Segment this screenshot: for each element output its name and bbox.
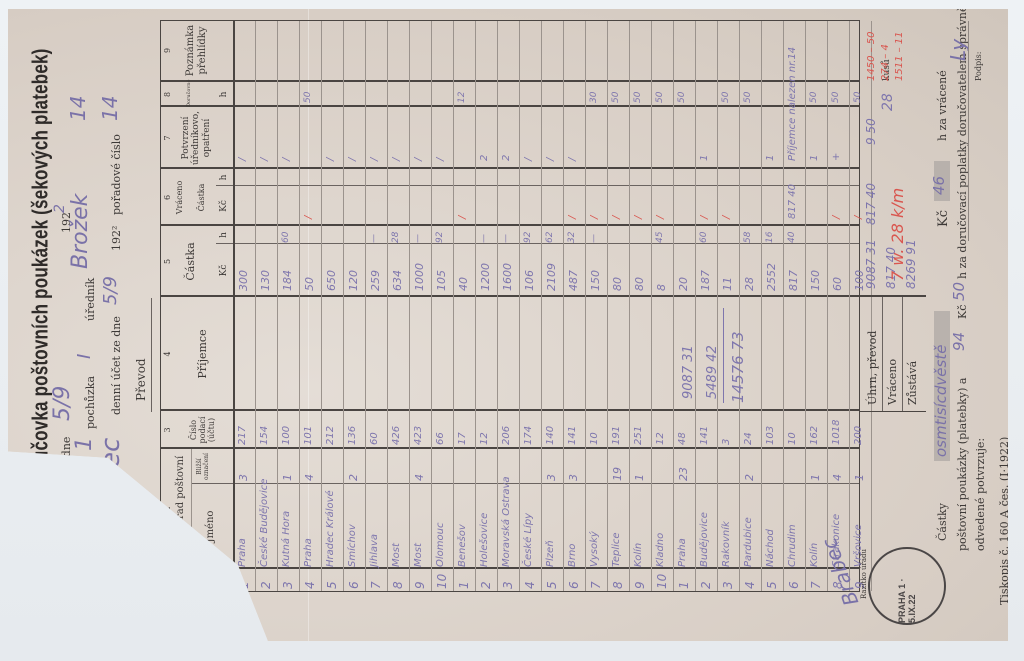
cell-poradi: 4 — [303, 581, 317, 589]
cell-poradi: 5 — [765, 581, 779, 589]
red-note-2: 274 – 4 — [880, 44, 891, 81]
cell-cislo: 10 — [589, 432, 600, 445]
cell-jmeno: Praha — [303, 538, 314, 567]
cell-cislo: 24 — [743, 432, 754, 445]
cell-castka-kc: 11 — [721, 277, 734, 291]
cell-cislo: 3 — [721, 439, 732, 445]
col-5-number: 5 — [163, 226, 172, 297]
cell-potvrzeni: 2 — [479, 155, 490, 161]
cell-poradi: 9 — [633, 581, 647, 589]
col-header-castka-h: h — [219, 226, 229, 244]
cell-jmeno: Kolín — [633, 543, 644, 567]
cell-jmeno: Holešovice — [479, 513, 490, 567]
cell-potvrzeni: / — [325, 158, 336, 161]
cell-poradi: 3 — [501, 581, 515, 589]
cell-castka-kc: 187 — [699, 270, 712, 291]
kc-value-2: 50 — [950, 282, 968, 301]
red-total-note: 7 w. 28 k/m — [888, 188, 907, 281]
kc-value-1: 46 — [930, 176, 948, 195]
cell-jmeno: Brno — [567, 544, 578, 567]
col-header-jmeno: Jméno — [205, 484, 217, 569]
cell-cislo: 103 — [765, 426, 776, 445]
castky-label: Částky — [936, 503, 949, 541]
stamp-area-box — [38, 559, 108, 621]
cell-castka-h: 62 — [545, 232, 555, 243]
cell-vraceno: / — [633, 216, 644, 219]
cell-potvrzeni: / — [545, 158, 556, 161]
table-row: 1Praha23482050 — [674, 21, 696, 591]
cell-castka-kc: 80 — [633, 277, 646, 291]
cell-poradi: 2 — [259, 581, 273, 589]
ze-dne-value: 5/9 — [50, 386, 75, 421]
table-row: 9Most44231000—/ — [410, 21, 432, 591]
cell-jmeno: Most — [391, 543, 402, 567]
table-row: 4České Lípy17410692/ — [520, 21, 542, 591]
cell-cislo: 66 — [435, 432, 446, 445]
cell-poradi: 6 — [347, 581, 361, 589]
poradove-cislo-value: 14 — [98, 96, 122, 121]
table-row: 6Chrudim1081740817 40Příjemce nalezen nr… — [784, 21, 806, 591]
table-row: 5Hradec Králové212650/ — [322, 21, 344, 591]
table-row: 3Rakovník311/50 — [718, 21, 740, 591]
uhrn-prevod-value: 9087 31 — [864, 239, 878, 289]
cell-poradi: 7 — [589, 581, 603, 589]
uhrn-prevod-label: Úhrn, převod — [866, 331, 879, 405]
cell-cislo: 251 — [633, 426, 644, 445]
cell-potvrzeni: / — [523, 158, 534, 161]
cell-cislo: 141 — [567, 426, 578, 445]
cell-dorucovne: 30 — [589, 92, 599, 103]
cell-poradi: 10 — [655, 574, 669, 589]
cell-castka-kc: 817 — [787, 270, 800, 291]
col-header-dorucovne-h: h — [219, 82, 229, 107]
col-header-blizsi-oznaceni: Bližší označení — [197, 449, 211, 484]
col-header-castka-kc: Kč — [219, 244, 229, 297]
poradove-cislo-label: pořadové číslo — [110, 134, 123, 215]
cell-potvrzeni: / — [281, 158, 292, 161]
col-1-number: 1 — [163, 569, 172, 591]
cell-blizsi: 1 — [853, 474, 866, 481]
cell-castka-kc: 28 — [743, 277, 756, 291]
postovni-poukazky-label: poštovní poukázky (platebky) a — [956, 378, 969, 551]
cell-cislo: 217 — [237, 426, 248, 445]
cell-castka-h: 40 — [787, 232, 797, 243]
cell-castka-kc: 2109 — [545, 263, 558, 291]
cell-dorucovne: 50 — [655, 92, 665, 103]
table-row: 4Pardubice224285850 — [740, 21, 762, 591]
cell-potvrzeni: / — [413, 158, 424, 161]
table-row: 1Praha3217300/ — [234, 21, 256, 591]
cell-castka-h: 45 — [655, 232, 665, 243]
prijemce-sum-line — [723, 308, 724, 403]
za-vracene-label: h za vrácené — [936, 70, 949, 141]
cell-dorucovne: 50 — [633, 92, 643, 103]
table-row: 2Holešovice121200—2 — [476, 21, 498, 591]
prevod-line — [151, 298, 152, 412]
cell-blizsi: 1 — [633, 474, 646, 481]
document-rotated: Doručovka poštovních poukázek (šekových … — [0, 0, 1024, 661]
cell-cislo: 60 — [369, 432, 380, 445]
table-row: 9Kolín125180/50 — [630, 21, 652, 591]
cell-potvrzeni: / — [259, 158, 270, 161]
postmark-stamp: PRAHA 1 · 5.IX.22 — [868, 547, 946, 625]
prijemce-sum-1: 9087 31 — [681, 345, 696, 399]
cell-dorucovne: 50 — [677, 92, 687, 103]
cell-jmeno: Benešov — [457, 524, 468, 567]
cell-castka-kc: 120 — [347, 270, 360, 291]
cell-castka-kc: 650 — [325, 270, 338, 291]
cell-castka-kc: 150 — [589, 270, 602, 291]
col-header-potvrzeni: Potvrzení úředníkovo, opatření — [181, 107, 212, 169]
cell-cislo: 100 — [281, 426, 292, 445]
cell-castka-h: 92 — [435, 232, 445, 243]
cell-cislo: 140 — [545, 426, 556, 445]
cell-cislo: 423 — [413, 426, 424, 445]
cell-cislo: 12 — [479, 432, 490, 445]
cell-dorucovne: 50 — [743, 92, 753, 103]
cell-castka-kc: 1000 — [413, 263, 426, 291]
cell-poradi: 5 — [325, 581, 339, 589]
cell-castka-kc: 184 — [281, 270, 294, 291]
cell-castka-kc: 1200 — [479, 263, 492, 291]
cell-castka-h: 60 — [281, 232, 291, 243]
cell-jmeno: Vysoký — [589, 531, 600, 567]
cell-blizsi: 1 — [281, 474, 294, 481]
cell-poradi: 3 — [281, 581, 295, 589]
col-6-number: 6 — [163, 169, 172, 226]
cell-potvrzeni: 1 — [699, 155, 710, 161]
table-row: 2České Budějovice154130/ — [256, 21, 278, 591]
prijemce-sum-2: 5489 42 — [705, 345, 720, 399]
col-8-number: 8 — [163, 82, 172, 107]
cell-castka-h: 60 — [699, 232, 709, 243]
cell-castka-kc: 1600 — [501, 263, 514, 291]
cell-jmeno: Praha — [677, 538, 688, 567]
denni-ucet-label: denní účet ze dne — [110, 316, 123, 415]
cell-castka-kc: 106 — [523, 270, 536, 291]
cell-dorucovne: 50 — [831, 92, 841, 103]
cell-vraceno: / — [567, 216, 578, 219]
table-row: 10Kladno12845/50 — [652, 21, 674, 591]
cell-jmeno: Pardubice — [743, 517, 754, 567]
table-row: 4Praha410150/50 — [300, 21, 322, 591]
cell-cislo: 206 — [501, 426, 512, 445]
table-row: 6Smíchov2136120/ — [344, 21, 366, 591]
cell-jmeno: České Budějovice — [259, 479, 270, 567]
cell-vraceno: / — [611, 216, 622, 219]
col-header-vraceno-castka: Částka — [197, 169, 206, 226]
cell-castka-h: 32 — [567, 232, 577, 243]
cell-poradi: 1 — [457, 581, 471, 589]
cell-cislo: 12 — [655, 432, 666, 445]
cell-poradi: 2 — [479, 581, 493, 589]
cell-cislo: 141 — [699, 426, 710, 445]
col-header-poradove-cislo: Pořadové číslo — [177, 569, 193, 591]
table-row: 1Benešov1740/12 — [454, 21, 476, 591]
vraceno-column-total: 817 40 — [864, 183, 878, 225]
urednik-number: 14 — [66, 96, 90, 121]
delivery-table: 1 Pořadové číslo 2 Podací úřad poštovní … — [160, 20, 860, 592]
cell-castka-kc: 259 — [369, 270, 382, 291]
cell-castka-kc: 300 — [237, 270, 250, 291]
dorucovne-total: 9 50 — [864, 118, 878, 145]
cell-blizsi: 3 — [237, 474, 250, 481]
podpis-label: Podpis: — [974, 52, 983, 81]
cell-potvrzeni: Příjemce nalezen nr.14 — [787, 87, 798, 161]
table-row: 7Jihlava60259—/ — [366, 21, 388, 591]
dorucovatel-label: Doručovatel — [110, 523, 123, 591]
cell-vraceno: / — [721, 216, 732, 219]
cell-cislo: 154 — [259, 426, 270, 445]
year-value: 2 — [52, 204, 68, 213]
table-row: 10Olomouc6610592/ — [432, 21, 454, 591]
cell-castka-kc: 2552 — [765, 263, 778, 291]
cell-potvrzeni: 1 — [809, 155, 820, 161]
col-7-number: 7 — [163, 107, 172, 169]
cell-poradi: 4 — [743, 581, 757, 589]
cell-poradi: 1 — [237, 581, 251, 589]
platebky-value: 94 — [950, 332, 968, 351]
cell-blizsi: 4 — [831, 474, 844, 481]
col-header-cislo-podaci: Číslo podací (účtu) — [189, 411, 217, 449]
cell-blizsi: 2 — [347, 474, 360, 481]
cell-cislo: 200 — [853, 426, 864, 445]
col-header-podaci-urad: Podací úřad poštovní — [175, 449, 187, 569]
red-note-1: 1450 – 50 — [866, 31, 877, 81]
cell-potvrzeni: 1 — [765, 155, 776, 161]
cell-castka-kc: 130 — [259, 270, 272, 291]
cell-poradi: 1 — [677, 581, 691, 589]
cell-dorucovne: 50 — [303, 92, 313, 103]
cell-castka-kc: 20 — [677, 277, 690, 291]
cell-poradi: 9 — [413, 581, 427, 589]
cell-poradi: 4 — [523, 581, 537, 589]
cell-jmeno: Rakovník — [721, 521, 732, 567]
cell-jmeno: Olomouc — [435, 523, 446, 567]
cell-cislo: 1018 — [831, 420, 842, 445]
col-header-vraceno-kc: Kč — [219, 186, 229, 226]
col-3-number: 3 — [163, 411, 172, 449]
cell-vraceno: / — [831, 216, 842, 219]
cell-jmeno: Budějovice — [699, 512, 710, 567]
col-header-vraceno: Vráceno — [175, 169, 184, 226]
cell-castka-kc: 60 — [831, 277, 844, 291]
cell-vraceno: / — [699, 216, 710, 219]
cell-cislo: 10 — [787, 432, 798, 445]
cell-blizsi: 4 — [413, 474, 426, 481]
table-row: 5Plzeň3140210962/ — [542, 21, 564, 591]
cell-blizsi: 1 — [809, 474, 822, 481]
vraceno-label: Vráceno — [886, 359, 899, 405]
dorucovaci-okres-value: 1 — [72, 437, 97, 451]
table-body: 1Praha3217300/2České Budějovice154130/3K… — [234, 21, 859, 591]
cell-poradi: 7 — [369, 581, 383, 589]
table-row: 8Teplice1919180/50 — [608, 21, 630, 591]
cell-jmeno: České Lípy — [523, 513, 534, 567]
razitko-label: Razítko úřadu — [860, 549, 868, 599]
cell-castka-h: — — [501, 234, 511, 243]
cell-blizsi: 3 — [545, 474, 558, 481]
prijemce-sum-total: 14576 73 — [729, 331, 747, 403]
cell-dorucovne: 50 — [611, 92, 621, 103]
cell-jmeno: Náchod — [765, 529, 776, 567]
table-row: 8Strakonice4101860/+50 — [828, 21, 850, 591]
cell-castka-kc: 634 — [391, 270, 404, 291]
cell-cislo: 17 — [457, 432, 468, 445]
cell-poradi: 5 — [545, 581, 559, 589]
cell-dorucovne: 50 — [721, 92, 731, 103]
kusu-value: 28 — [880, 93, 896, 111]
postmark-stamp-top: ✶ — [4, 597, 68, 661]
urednik-label: úředník — [84, 278, 97, 321]
cell-poradi: 8 — [611, 581, 625, 589]
table-row: 2Budějovice14118760/1 — [696, 21, 718, 591]
cell-castka-kc: 80 — [611, 277, 624, 291]
cell-cislo: 136 — [347, 426, 358, 445]
cell-potvrzeni: / — [347, 158, 358, 161]
kc-label-1: Kč — [936, 210, 951, 227]
cell-jmeno: Teplice — [611, 532, 622, 567]
form-number: Tiskopis č. 160 A čes. (I·1922) — [998, 437, 1011, 605]
odvedene-potvrzuje-label: odvedené potvrzuje: — [974, 438, 987, 551]
cell-potvrzeni: 2 — [501, 155, 512, 161]
denni-ucet-year: 192² — [110, 226, 123, 251]
cell-castka-h: 16 — [765, 232, 775, 243]
cell-poradi: 3 — [721, 581, 735, 589]
col-2-number: 2 — [163, 449, 172, 569]
cell-blizsi: 19 — [611, 467, 624, 481]
cell-blizsi: 2 — [743, 474, 756, 481]
cell-jmeno: Kladno — [655, 533, 666, 567]
cell-castka-h: 92 — [523, 232, 533, 243]
cell-jmeno: Chrudim — [787, 524, 798, 567]
table-row: 7Kolín1162150150 — [806, 21, 828, 591]
cell-jmeno: Plzeň — [545, 540, 556, 567]
cell-jmeno: Smíchov — [347, 524, 358, 567]
cell-poradi: 7 — [809, 581, 823, 589]
cell-castka-kc: 150 — [809, 270, 822, 291]
cell-vraceno: / — [303, 216, 314, 219]
dorucovatel-value: Brabec — [96, 438, 126, 529]
urednik-value: Brožek — [68, 194, 93, 269]
cell-jmeno: Hradec Králové — [325, 490, 336, 567]
col-header-vraceno-h: h — [219, 169, 229, 186]
cell-potvrzeni: / — [391, 158, 402, 161]
cell-cislo: 212 — [325, 426, 336, 445]
pochuzka-value: I — [74, 354, 95, 359]
col-header-castka: Částka — [185, 226, 198, 297]
denni-ucet-value: 5/9 — [100, 276, 121, 305]
zustava-label: Zůstává — [906, 361, 919, 405]
cell-castka-h: — — [413, 234, 423, 243]
red-note-3: 1511 – 11 — [894, 31, 905, 81]
cell-potvrzeni: / — [435, 158, 446, 161]
cell-castka-h: — — [369, 234, 379, 243]
cell-vraceno: / — [457, 216, 468, 219]
cell-blizsi: 3 — [567, 474, 580, 481]
cell-castka-h: — — [589, 234, 599, 243]
col-9-number: 9 — [163, 19, 172, 82]
cell-jmeno: Jihlava — [369, 534, 380, 567]
cell-cislo: 162 — [809, 426, 820, 445]
cell-potvrzeni: + — [831, 153, 842, 161]
postal-form-paper: Doručovka poštovních poukázek (šekových … — [8, 9, 1008, 641]
table-row: 3Moravská Ostrava2061600—2 — [498, 21, 520, 591]
cell-castka-h: — — [479, 234, 489, 243]
col-header-dorucovne: Doručovné — [187, 82, 193, 107]
cell-blizsi: 23 — [677, 467, 690, 481]
col-4-number: 4 — [163, 297, 172, 411]
cell-vraceno: 817 40 — [787, 184, 798, 219]
cell-castka-kc: 105 — [435, 270, 448, 291]
cell-poradi: 8 — [391, 581, 405, 589]
cell-poradi: 10 — [435, 574, 449, 589]
cell-castka-kc: 8 — [655, 284, 668, 291]
cell-vraceno: / — [655, 216, 666, 219]
cell-cislo: 101 — [303, 426, 314, 445]
signature: Ly — [946, 39, 970, 61]
cell-castka-kc: 50 — [303, 277, 316, 291]
cell-vraceno: / — [589, 216, 600, 219]
cell-potvrzeni: / — [237, 158, 248, 161]
cell-cislo: 426 — [391, 426, 402, 445]
table-row: 8Most42663428/ — [388, 21, 410, 591]
cell-castka-kc: 40 — [457, 277, 470, 291]
cell-cislo: 191 — [611, 426, 622, 445]
cell-potvrzeni: / — [567, 158, 578, 161]
table-row: 7Vysoký10150—/30 — [586, 21, 608, 591]
pochuzka-label: pochůzka — [84, 376, 97, 429]
cell-jmeno: Praha — [237, 538, 248, 567]
cell-jmeno: Kutná Hora — [281, 511, 292, 567]
cell-poradi: 2 — [699, 581, 713, 589]
col-header-poznamka: Poznámka přehlídky — [185, 19, 208, 82]
table-row: 3Kutná Hora110018460/ — [278, 21, 300, 591]
cell-blizsi: 4 — [303, 474, 316, 481]
cell-poradi: 6 — [567, 581, 581, 589]
signature-line — [968, 21, 969, 241]
cell-jmeno: Most — [413, 543, 424, 567]
castky-value: osmtisícdvěstě — [932, 345, 950, 457]
cell-castka-h: 28 — [391, 232, 401, 243]
cell-castka-kc: 487 — [567, 270, 580, 291]
cell-castka-h: 58 — [743, 232, 753, 243]
cell-dorucovne: 50 — [809, 92, 819, 103]
cell-dorucovne: 12 — [457, 92, 467, 103]
cell-poradi: 6 — [787, 581, 801, 589]
col-header-prijemce: Příjemce — [197, 297, 210, 411]
cell-cislo: 174 — [523, 426, 534, 445]
table-row: 6Brno314148732// — [564, 21, 586, 591]
table-row: 5Náchod1032552161 — [762, 21, 784, 591]
dorucovaci-okres-label: Doručovací okres čís. — [84, 471, 97, 591]
kc-label-2: Kč — [956, 305, 969, 319]
cell-potvrzeni: / — [369, 158, 380, 161]
prevod-label: Převod — [134, 358, 148, 401]
cell-cislo: 48 — [677, 432, 688, 445]
cell-jmeno: Moravská Ostrava — [501, 477, 512, 568]
